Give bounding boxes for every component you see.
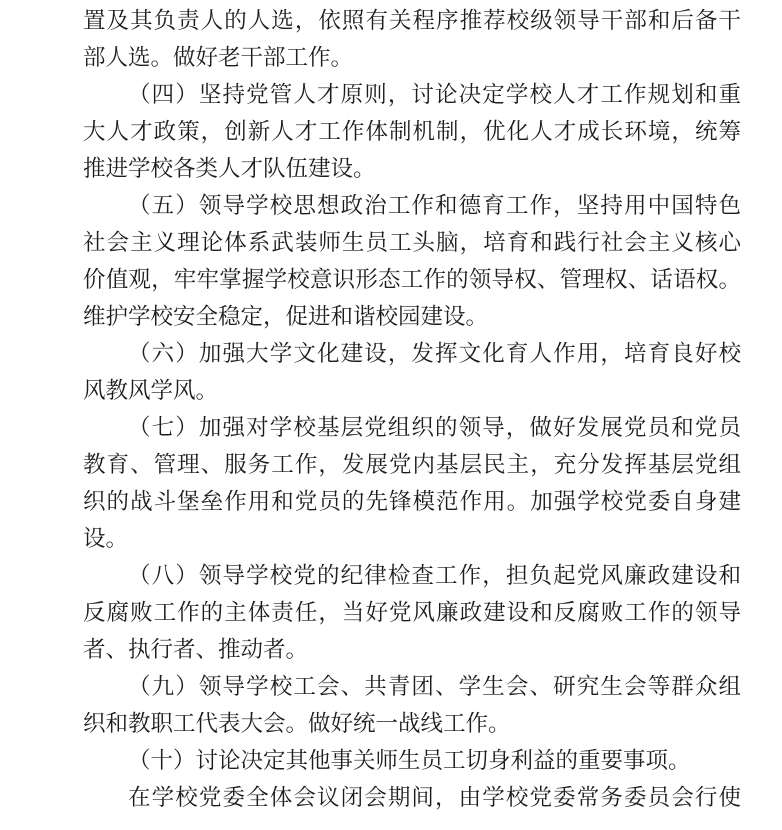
text-line-18: 者、执行者、推动者。: [83, 631, 741, 668]
text-line-12: （七）加强对学校基层党组织的领导，做好发展党员和党员: [83, 409, 741, 446]
text-line-9: 维护学校安全稳定，促进和谐校园建设。: [83, 298, 741, 335]
text-line-8: 价值观，牢牢掌握学校意识形态工作的领导权、管理权、话语权。: [83, 261, 741, 298]
text-line-11: 风教风学风。: [83, 372, 741, 409]
text-line-17: 反腐败工作的主体责任，当好党风廉政建设和反腐败工作的领导: [83, 594, 741, 631]
text-line-16: （八）领导学校党的纪律检查工作，担负起党风廉政建设和: [83, 557, 741, 594]
text-line-19: （九）领导学校工会、共青团、学生会、研究生会等群众组: [83, 668, 741, 705]
text-line-5: 推进学校各类人才队伍建设。: [83, 150, 741, 187]
document-text-block: 置及其负责人的人选，依照有关程序推荐校级领导干部和后备干部人选。做好老干部工作。…: [83, 2, 741, 816]
document-page: 置及其负责人的人选，依照有关程序推荐校级领导干部和后备干部人选。做好老干部工作。…: [0, 0, 782, 830]
text-line-2: 部人选。做好老干部工作。: [83, 39, 741, 76]
text-line-13: 教育、管理、服务工作，发展党内基层民主，充分发挥基层党组: [83, 446, 741, 483]
text-line-3: （四）坚持党管人才原则，讨论决定学校人才工作规划和重: [83, 76, 741, 113]
text-line-6: （五）领导学校思想政治工作和德育工作，坚持用中国特色: [83, 187, 741, 224]
text-line-1: 置及其负责人的人选，依照有关程序推荐校级领导干部和后备干: [83, 2, 741, 39]
text-line-4: 大人才政策，创新人才工作体制机制，优化人才成长环境，统筹: [83, 113, 741, 150]
text-line-22: 在学校党委全体会议闭会期间，由学校党委常务委员会行使: [83, 779, 741, 816]
text-line-15: 设。: [83, 520, 741, 557]
text-line-20: 织和教职工代表大会。做好统一战线工作。: [83, 705, 741, 742]
text-line-7: 社会主义理论体系武装师生员工头脑，培育和践行社会主义核心: [83, 224, 741, 261]
text-line-10: （六）加强大学文化建设，发挥文化育人作用，培育良好校: [83, 335, 741, 372]
text-line-21: （十）讨论决定其他事关师生员工切身利益的重要事项。: [83, 742, 741, 779]
text-line-14: 织的战斗堡垒作用和党员的先锋模范作用。加强学校党委自身建: [83, 483, 741, 520]
